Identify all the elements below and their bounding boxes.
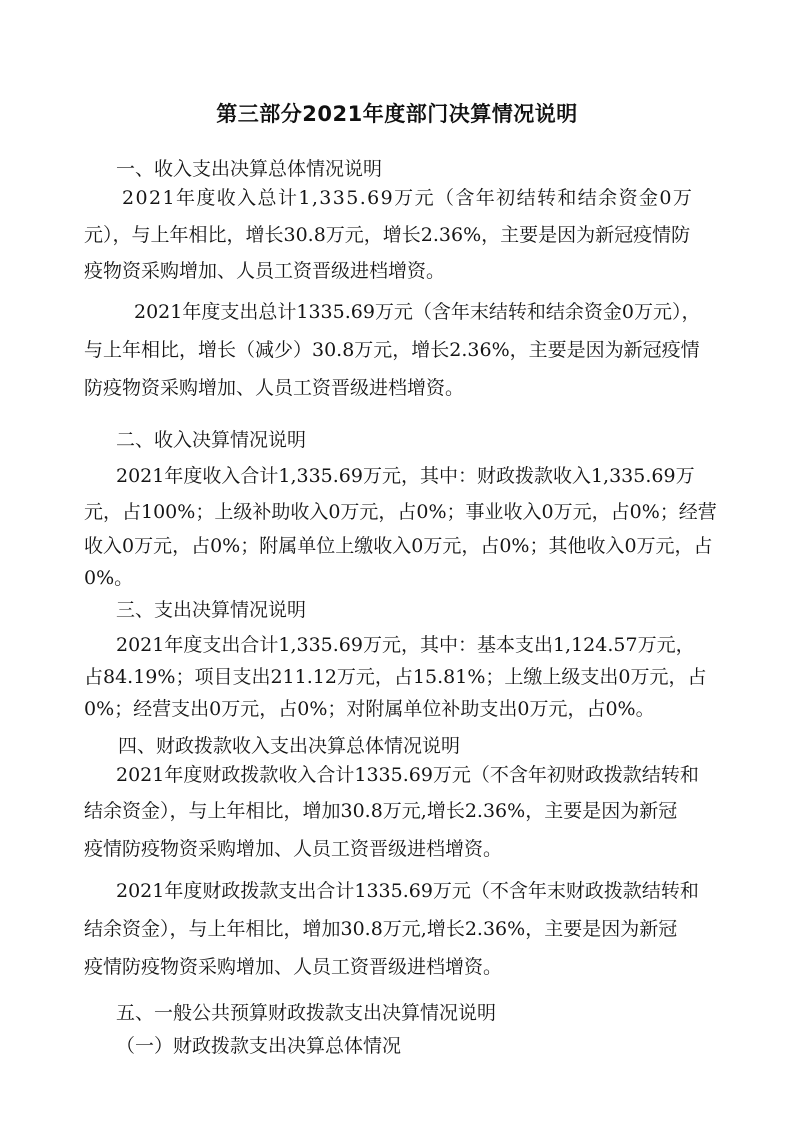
page-title: 第三部分2021年度部门决算情况说明 <box>0 98 794 128</box>
section-2-para-1-line-3: 收入0万元，占0%；附属单位上缴收入0万元，占0%；其他收入0万元，占 <box>84 534 713 558</box>
section-1-para-1-line-1: 2021年度收入总计1,335.69万元（含年初结转和结余资金0万 <box>122 186 693 210</box>
section-1-para-2-line-3: 防疫物资采购增加、人员工资晋级进档增资。 <box>84 376 464 400</box>
section-2-para-1-line-4: 0%。 <box>84 566 133 590</box>
section-4-para-1-line-1: 2021年度财政拨款收入合计1335.69万元（不含年初财政拨款结转和 <box>116 763 699 787</box>
section-5-subheading-1: （一）财政拨款支出决算总体情况 <box>116 1034 401 1058</box>
section-2-para-1-line-1: 2021年度收入合计1,335.69万元，其中：财政拨款收入1,335.69万 <box>116 464 695 488</box>
section-heading-3: 三、支出决算情况说明 <box>116 598 306 622</box>
section-1-para-2-line-2: 与上年相比，增长（减少）30.8万元，增长2.36%，主要是因为新冠疫情 <box>84 338 700 362</box>
section-3-para-1-line-3: 0%；经营支出0万元，占0%；对附属单位补助支出0万元，占0%。 <box>84 697 655 721</box>
document-page: 第三部分2021年度部门决算情况说明 一、收入支出决算总体情况说明 2021年度… <box>0 0 794 1122</box>
section-1-para-1-line-2: 元），与上年相比，增长30.8万元，增长2.36%，主要是因为新冠疫情防 <box>84 223 690 247</box>
section-1-para-2-line-1: 2021年度支出总计1335.69万元（含年末结转和结余资金0万元）， <box>134 300 701 324</box>
section-heading-4: 四、财政拨款收入支出决算总体情况说明 <box>118 734 460 758</box>
section-3-para-1-line-2: 占84.19%；项目支出211.12万元，占15.81%；上缴上级支出0万元，占 <box>84 665 706 689</box>
section-heading-2: 二、收入决算情况说明 <box>116 428 306 452</box>
section-4-para-2-line-1: 2021年度财政拨款支出合计1335.69万元（不含年末财政拨款结转和 <box>116 879 699 903</box>
section-4-para-1-line-2: 结余资金），与上年相比，增加30.8万元,增长2.36%，主要是因为新冠 <box>84 799 677 823</box>
section-4-para-1-line-3: 疫情防疫物资采购增加、人员工资晋级进档增资。 <box>84 837 502 861</box>
section-4-para-2-line-2: 结余资金），与上年相比，增加30.8万元,增长2.36%，主要是因为新冠 <box>84 917 677 941</box>
section-4-para-2-line-3: 疫情防疫物资采购增加、人员工资晋级进档增资。 <box>84 955 502 979</box>
section-heading-5: 五、一般公共预算财政拨款支出决算情况说明 <box>116 1001 496 1025</box>
section-3-para-1-line-1: 2021年度支出合计1,335.69万元，其中：基本支出1,124.57万元， <box>116 633 695 657</box>
section-1-para-1-line-3: 疫物资采购增加、人员工资晋级进档增资。 <box>84 259 445 283</box>
section-2-para-1-line-2: 元，占100%；上级补助收入0万元，占0%；事业收入0万元，占0%；经营 <box>84 500 717 524</box>
section-heading-1: 一、收入支出决算总体情况说明 <box>116 157 382 181</box>
